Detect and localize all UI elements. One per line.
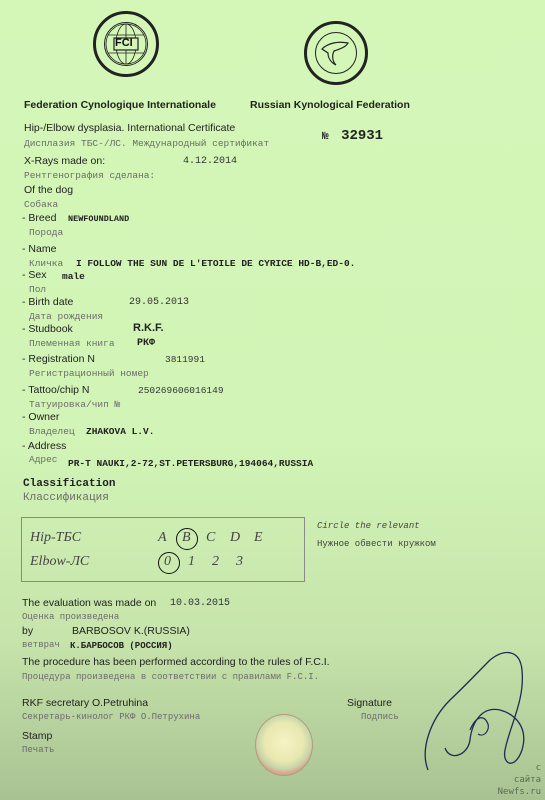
grade-option[interactable]: E — [254, 530, 263, 546]
vet-name-ru: К.БАРБОСОВ (РОССИЯ) — [70, 641, 173, 651]
secretary-ru: Секретарь-кинолог РКФ О.Петрухина — [22, 712, 200, 722]
dog-head-icon — [316, 33, 356, 73]
grade-option[interactable]: A — [158, 530, 167, 546]
chip-label-en: - Tattoo/chip N — [22, 384, 90, 396]
by-label-en: by — [22, 625, 33, 637]
secretary-en: RKF secretary O.Petruhina — [22, 697, 148, 709]
chip-label-ru: Татуировка/чип № — [29, 399, 120, 410]
dog-name-value: I FOLLOW THE SUN DE L'ETOILE DE CYRICE H… — [76, 258, 355, 269]
name-label-ru: Кличка — [29, 258, 63, 269]
stamp-label-en: Stamp — [22, 730, 52, 742]
address-value: PR-T NAUKI,2-72,ST.PETERSBURG,194064,RUS… — [68, 458, 313, 469]
selected-grade-circle — [176, 528, 198, 550]
rkf-org-name: Russian Kynological Federation — [250, 99, 410, 111]
fci-emblem-icon: FCI — [93, 11, 159, 77]
grade-option[interactable]: D — [230, 530, 240, 546]
procedure-text-en: The procedure has been performed accordi… — [22, 656, 330, 668]
watermark-link[interactable]: Newfs.ru — [498, 787, 541, 797]
birth-date-label-en: - Birth date — [22, 296, 73, 308]
studbook-value-en: R.K.F. — [133, 322, 164, 334]
studbook-label-ru: Племенная книга — [29, 338, 115, 349]
evaluation-date: 10.03.2015 — [170, 598, 230, 609]
certificate-title-ru: Дисплазия ТБС-/ЛС. Международный сертифи… — [24, 138, 269, 149]
sex-value: male — [62, 271, 85, 282]
watermark-line-1: c — [536, 763, 541, 773]
circle-note-en: Circle the relevant — [317, 521, 420, 531]
studbook-label-en: - Studbook — [22, 323, 73, 335]
breed-value: NEWFOUNDLAND — [68, 214, 129, 224]
address-label-en: - Address — [22, 440, 66, 452]
grade-option[interactable]: 1 — [188, 554, 195, 570]
chip-value: 250269606016149 — [138, 385, 224, 396]
grade-option[interactable]: C — [206, 530, 215, 546]
owner-label-ru: Владелец — [29, 426, 75, 437]
hologram-stamp-icon — [255, 714, 313, 776]
address-label-ru: Адрес — [29, 454, 58, 465]
rkf-emblem-inner-ring — [315, 32, 357, 74]
classification-box: Hip-ТБС Elbow-ЛС ABCDE 0123 — [21, 517, 305, 582]
birth-date-label-ru: Дата рождения — [29, 311, 103, 322]
owner-label-en: - Owner — [22, 411, 59, 423]
number-sign: № — [322, 131, 329, 143]
evaluation-label-ru: Оценка произведена — [22, 612, 119, 622]
watermark-line-2: сайта — [514, 775, 541, 785]
sex-label-en: - Sex — [22, 269, 47, 281]
circle-note-ru: Нужное обвести кружком — [317, 539, 436, 549]
classification-title-en: Classification — [23, 478, 115, 490]
registration-value: 3811991 — [165, 354, 205, 365]
by-label-ru: ветврач — [22, 640, 60, 650]
signature-scribble-icon — [410, 630, 545, 780]
fci-emblem-text: FCI — [115, 37, 133, 49]
signature-label-en: Signature — [347, 697, 392, 709]
stamp-label-ru: Печать — [22, 745, 54, 755]
owner-value: ZHAKOVA L.V. — [86, 426, 154, 437]
dog-label-en: Of the dog — [24, 184, 73, 196]
grade-option[interactable]: 2 — [212, 554, 219, 570]
classification-title-ru: Классификация — [23, 492, 109, 504]
hip-label: Hip-ТБС — [30, 530, 81, 546]
name-label-en: - Name — [22, 243, 56, 255]
certificate-number: № 32931 — [322, 126, 383, 144]
registration-label-ru: Регистрационный номер — [29, 368, 149, 379]
grade-option[interactable]: 3 — [236, 554, 243, 570]
evaluation-label-en: The evaluation was made on — [22, 597, 156, 609]
xray-date: 4.12.2014 — [183, 156, 237, 167]
signature-label-ru: Подпись — [361, 712, 399, 722]
breed-label-ru: Порода — [29, 227, 63, 238]
xray-label-en: X-Rays made on: — [24, 155, 105, 167]
certificate-number-value: 32931 — [341, 128, 383, 144]
elbow-label: Elbow-ЛС — [30, 554, 89, 570]
rkf-emblem-icon — [304, 21, 368, 85]
breed-label-en: - Breed — [22, 212, 56, 224]
dog-label-ru: Собака — [24, 199, 58, 210]
certificate-title-en: Hip-/Elbow dysplasia. International Cert… — [24, 122, 235, 134]
birth-date-value: 29.05.2013 — [129, 297, 189, 308]
selected-grade-circle — [158, 552, 180, 574]
xray-label-ru: Рентгенография сделана: — [24, 170, 155, 181]
studbook-value-ru: РКФ — [137, 338, 155, 349]
fci-org-name: Federation Cynologique Internationale — [24, 99, 216, 111]
registration-label-en: - Registration N — [22, 353, 95, 365]
sex-label-ru: Пол — [29, 284, 46, 295]
vet-name-en: BARBOSOV K.(RUSSIA) — [72, 625, 190, 637]
procedure-text-ru: Процедура произведена в соответствии с п… — [22, 672, 319, 682]
